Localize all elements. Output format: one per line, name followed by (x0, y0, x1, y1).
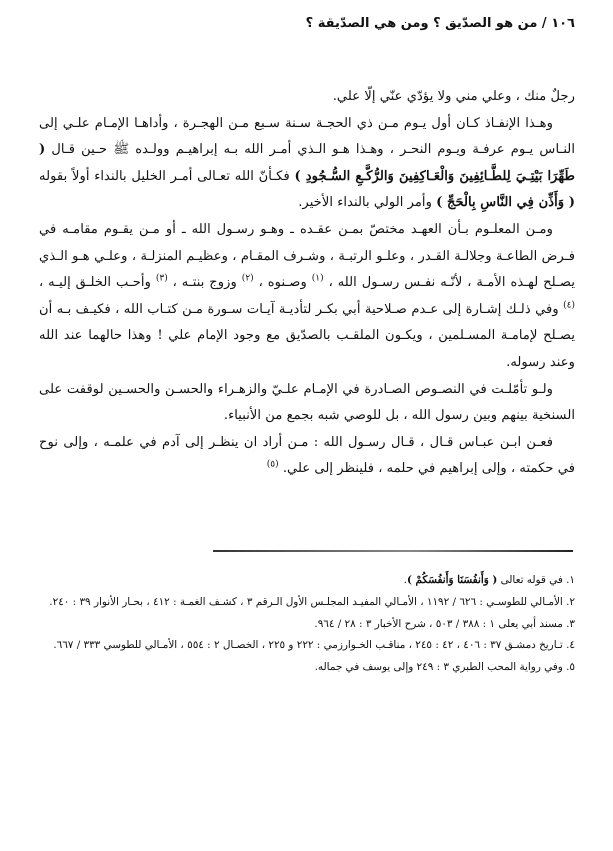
footnote-ref-2[interactable]: (٢) (242, 274, 254, 284)
paragraph-text: وأمر الولي بالنداء الأخير. (298, 195, 432, 210)
paragraph-4: ولـو تأمّلـت في النصـوص الصـادرة في الإم… (39, 377, 575, 430)
paragraph-text: رجلٌ منك ، وعلي مني ولا يؤدّي عنّي إلّا … (333, 89, 575, 104)
paragraph-text: فكـأنّ الله تعـالى أمـر الخليل بالنداء أ… (39, 169, 290, 184)
quran-quote: ( وَأَذِّن فِي النَّاسِ بِالْحَجِّ ) (436, 195, 575, 210)
quran-quote: ( وَأَنفُسَنَا وَأَنفُسَكُمْ ) (407, 574, 497, 586)
footnote-text: ٢. الأمـالي للطوسـي : ٦٢٦ / ١١٩٢ ، الأمـ… (49, 596, 575, 608)
paragraph-text: فعـن ابـن عبـاس قـال ، قـال رسـول الله :… (39, 435, 575, 477)
paragraph-text: وزوج بنتـه ، (173, 275, 237, 290)
footnote-text: ٣. مسند أبي يعلى ١ : ٣٨٨ / ٥٠٣ ، شرح الأ… (314, 618, 575, 630)
paragraph-text: وأحـب الخلـق إليـه ، (39, 275, 151, 290)
footnote-4: ٤. تـاريخ دمشـق ٣٧ : ٤٠٦ ، ٤٢ : ٢٤٥ ، من… (39, 635, 575, 657)
footnote-text: ٥. وفي رواية المحب الطبري ٣ : ٢٤٩ وإلى ي… (315, 661, 575, 673)
paragraph-2: وهـذا الإنفـاذ كـان أول يـوم مـن ذي الحج… (39, 111, 575, 217)
footnote-2: ٢. الأمـالي للطوسـي : ٦٢٦ / ١١٩٢ ، الأمـ… (39, 592, 575, 614)
book-page: ١٠٦ / من هو الصدّيق ؟ ومن هي الصدّيقة ؟ … (0, 0, 613, 851)
footnote-ref-3[interactable]: (٣) (156, 274, 168, 284)
paragraph-text: ولـو تأمّلـت في النصـوص الصـادرة في الإم… (39, 382, 575, 424)
footnote-ref-1[interactable]: (١) (312, 274, 324, 284)
footnote-5: ٥. وفي رواية المحب الطبري ٣ : ٢٤٩ وإلى ي… (39, 657, 575, 679)
footnote-text: ١. في قوله تعالى (501, 574, 575, 586)
running-title: ١٠٦ / من هو الصدّيق ؟ ومن هي الصدّيقة ؟ (306, 16, 575, 31)
paragraph-1: رجلٌ منك ، وعلي مني ولا يؤدّي عنّي إلّا … (39, 84, 575, 111)
footnote-ref-4[interactable]: (٤) (563, 300, 575, 310)
footnotes: ١. في قوله تعالى ( وَأَنفُسَنَا وَأَنفُس… (39, 570, 575, 679)
footnote-3: ٣. مسند أبي يعلى ١ : ٣٨٨ / ٥٠٣ ، شرح الأ… (39, 614, 575, 636)
paragraph-text: وفي ذلـك إشـارة إلى عـدم صـلاحية أبي بكـ… (39, 302, 575, 370)
paragraph-3: ومـن المعلـوم بـأن العهـد مختصّ بمـن عقـ… (39, 217, 575, 377)
footnote-text: ٤. تـاريخ دمشـق ٣٧ : ٤٠٦ ، ٤٢ : ٢٤٥ ، من… (53, 639, 575, 651)
footnote-divider (213, 550, 573, 552)
footnote-1: ١. في قوله تعالى ( وَأَنفُسَنَا وَأَنفُس… (39, 570, 575, 592)
footnote-ref-5[interactable]: (٥) (267, 460, 279, 470)
main-text: رجلٌ منك ، وعلي مني ولا يؤدّي عنّي إلّا … (39, 84, 575, 483)
paragraph-5: فعـن ابـن عبـاس قـال ، قـال رسـول الله :… (39, 430, 575, 483)
page-header: ١٠٦ / من هو الصدّيق ؟ ومن هي الصدّيقة ؟ (35, 16, 575, 31)
paragraph-text: وصـنوه ، (259, 275, 307, 290)
paragraph-text: وهـذا الإنفـاذ كـان أول يـوم مـن ذي الحج… (39, 116, 575, 158)
